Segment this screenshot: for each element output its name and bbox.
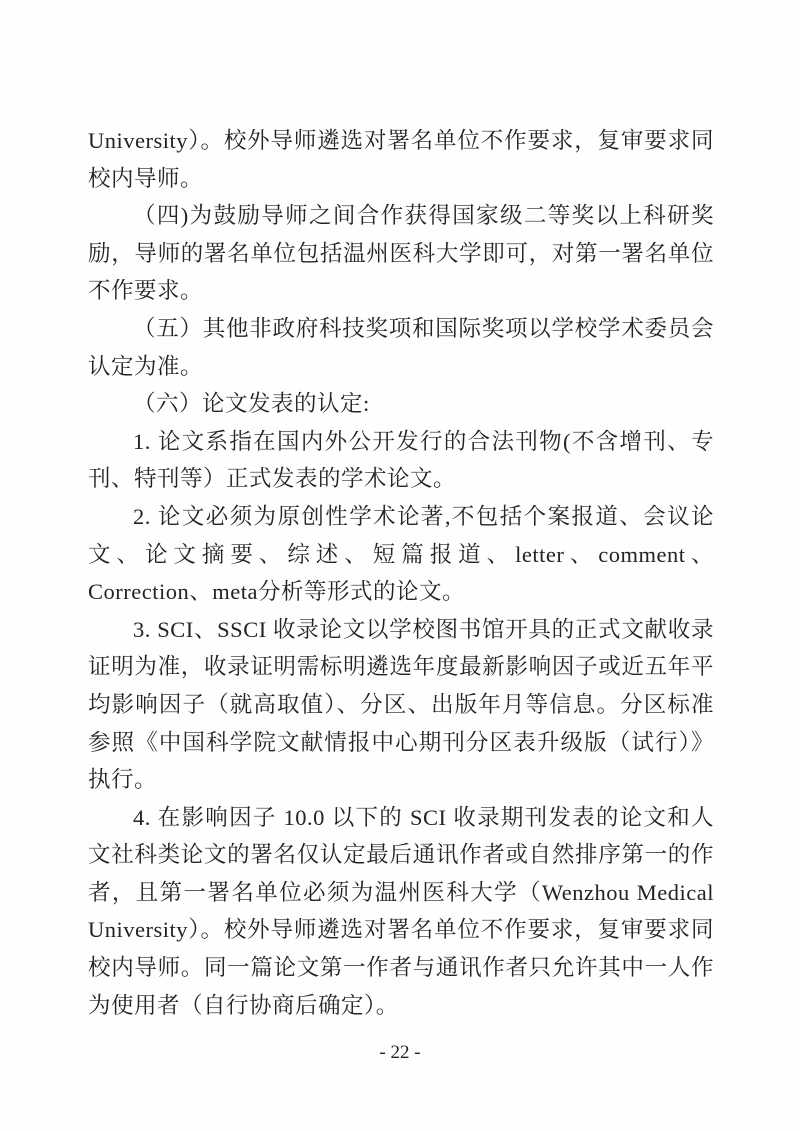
paragraph-continuation: University）。校外导师遴选对署名单位不作要求，复审要求同校内导师。 [88,122,714,197]
paragraph-point-3: 3. SCI、SSCI 收录论文以学校图书馆开具的正式文献收录证明为准，收录证明… [88,611,714,799]
paragraph-point-1: 1. 论文系指在国内外公开发行的合法刊物(不含增刊、专刊、特刊等）正式发表的学术… [88,423,714,498]
paragraph-item-5: （五）其他非政府科技奖项和国际奖项以学校学术委员会认定为准。 [88,310,714,385]
document-page: University）。校外导师遴选对署名单位不作要求，复审要求同校内导师。 （… [0,0,800,1131]
paragraph-point-4: 4. 在影响因子 10.0 以下的 SCI 收录期刊发表的论文和人文社科类论文的… [88,799,714,1025]
page-number: - 22 - [0,1042,800,1064]
paragraph-point-2: 2. 论文必须为原创性学术论著,不包括个案报道、会议论文、论文摘要、综述、短篇报… [88,498,714,611]
paragraph-item-4: （四)为鼓励导师之间合作获得国家级二等奖以上科研奖励，导师的署名单位包括温州医科… [88,197,714,310]
paragraph-item-6: （六）论文发表的认定: [88,385,714,423]
document-body: University）。校外导师遴选对署名单位不作要求，复审要求同校内导师。 （… [88,122,714,1024]
